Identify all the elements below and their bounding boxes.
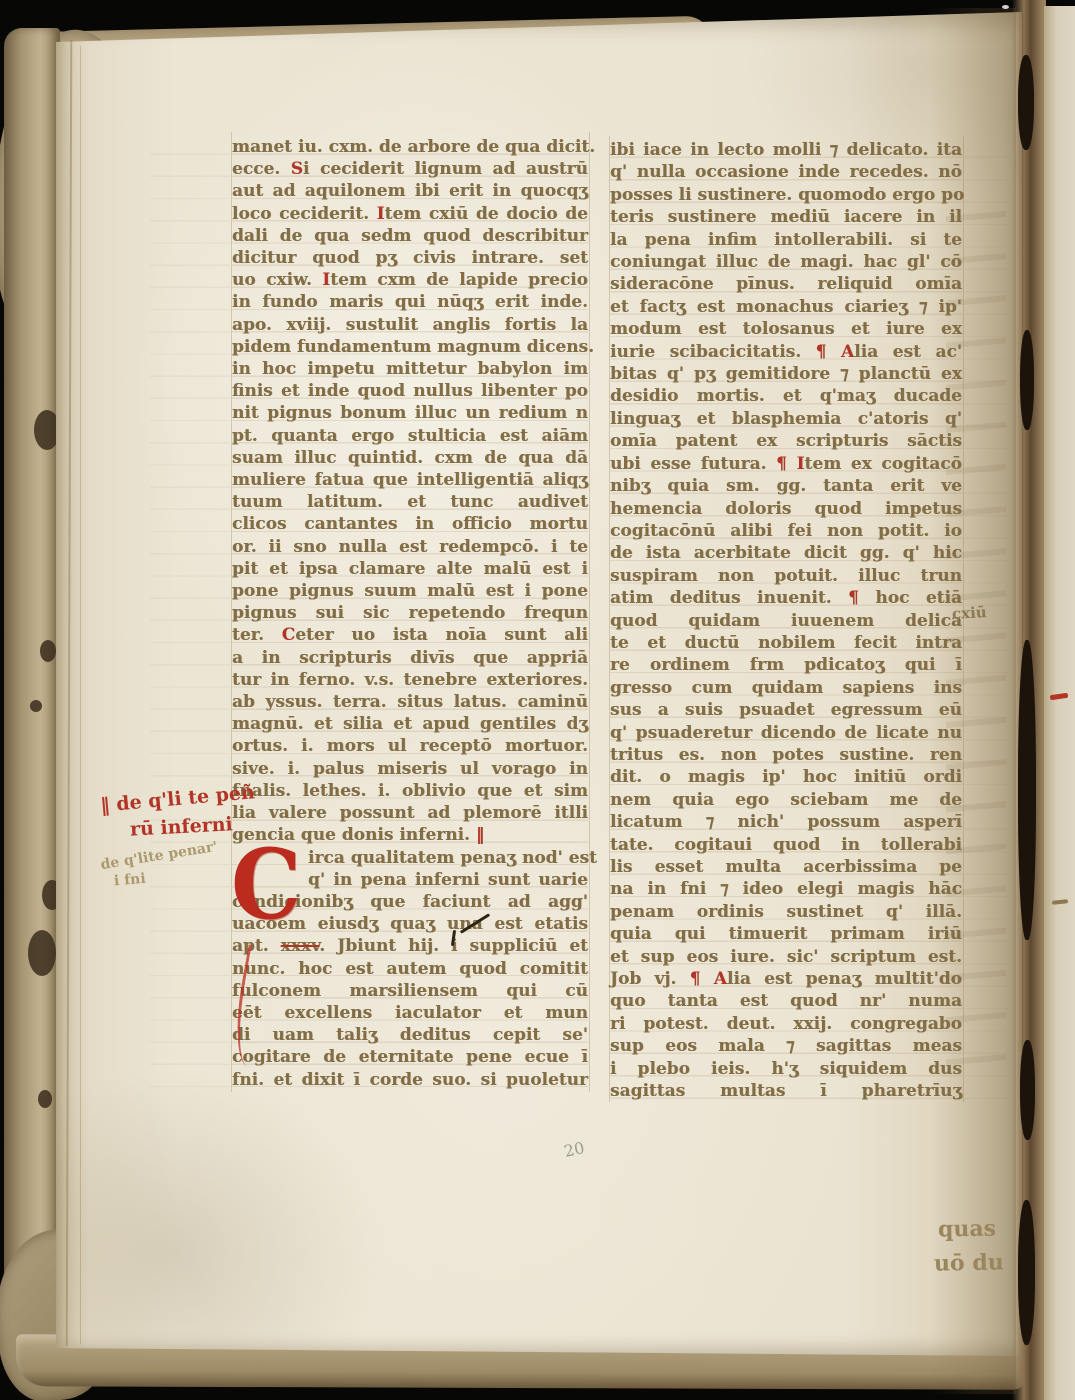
text-line: dali de qua sedm quod describitur — [232, 225, 588, 247]
text-line: tuum latitum. et tunc audivet — [232, 491, 588, 513]
text-line: lia valere possunt ad plemorē itlli — [232, 802, 588, 824]
wormhole-spot — [28, 930, 56, 976]
manuscript-photograph: manet iu. cxm. de arbore de qua dicit.ec… — [0, 0, 1075, 1400]
text-line: pidem fundamentum magnum dicens. — [232, 336, 588, 358]
text-line: linguaʒ et blasphemia c'atoris q' — [610, 408, 962, 430]
text-line: dicitur quod pʒ civis intrare. set — [232, 247, 588, 269]
text-line: sagittas multas ī pharetrīuʒ — [610, 1080, 962, 1102]
text-line: modum est tolosanus et iure ex — [610, 318, 962, 340]
text-line: in hoc impetu mittetur babylon im — [232, 358, 588, 380]
text-column-left: manet iu. cxm. de arbore de qua dicit.ec… — [232, 136, 588, 1091]
text-line: sus a suis psuadet egressum eū — [610, 699, 962, 721]
text-line: quod quidam iuuenem delica — [610, 610, 962, 632]
decorated-initial-C: C — [231, 846, 301, 924]
wormhole-spot — [40, 640, 56, 662]
ruling-lines-left-margin — [150, 136, 230, 1092]
text-line: atim deditus inuenit. ¶ hoc etiā — [610, 587, 962, 609]
text-line: suam illuc quintid. cxm de qua dā — [232, 447, 588, 469]
text-line: q' psuaderetur dicendo de licate nu — [610, 722, 962, 744]
text-line: et factʒ est monachus ciarieʒ ⁊ ip' — [610, 296, 962, 318]
text-line: gresso cum quidam sapiens ins — [610, 677, 962, 699]
text-line: re ordinem frm pdicatoʒ qui ī — [610, 654, 962, 676]
text-column-right: ibi iace in lecto molli ⁊ delicato. itaq… — [610, 139, 962, 1102]
text-line: sup eos mala ⁊ sagittas meas — [610, 1035, 962, 1057]
text-line: pt. quanta ergo stulticia est aiām — [232, 425, 588, 447]
text-line: loco ceciderit. Item cxiū de docio de — [232, 203, 588, 225]
text-line: muliere fatua que intelligentiā aliqʒ — [232, 469, 588, 491]
text-line: aut ad aquilonem ibi erit in quocqʒ — [232, 180, 588, 202]
text-line: tur in ferno. v.s. tenebre exteriores. — [232, 669, 588, 691]
text-line: fnalis. lethes. i. oblivio que et sim — [232, 780, 588, 802]
text-line: i plebo ieis. h'ʒ siquidem dus — [610, 1058, 962, 1080]
text-line: de ista acerbitate dicit gg. q' hic — [610, 542, 962, 564]
text-line: fulconem marsiliensem qui cū — [232, 980, 588, 1002]
text-line: bitas q' pʒ gemitidore ⁊ planctū ex — [610, 363, 962, 385]
text-line: hemencia doloris quod impetus — [610, 498, 962, 520]
text-line: manet iu. cxm. de arbore de qua dicit. — [232, 136, 588, 158]
text-line: ecce. Si ceciderit lignum ad austrū — [232, 158, 588, 180]
text-line: a in scripturis divīs que appriā — [232, 647, 588, 669]
gutter-damage-blob — [1018, 640, 1036, 940]
text-line: magnū. et silia et apud gentiles dʒ — [232, 713, 588, 735]
text-line: teris sustinere mediū iacere in il — [610, 206, 962, 228]
text-line: penam ordinis sustinet q' illā. — [610, 901, 962, 923]
text-line: ubi esse futura. ¶ Item ex cogitacō — [610, 453, 962, 475]
text-line: pignus sui sic repetendo frequn — [232, 602, 588, 624]
text-line: quo tanta est quod nr' numa — [610, 990, 962, 1012]
margin-note-right: cxiū — [952, 603, 988, 623]
text-line: quia qui timuerit primam iriū — [610, 923, 962, 945]
text-line: finis et inde quod nullus libenter po — [232, 380, 588, 402]
text-line: coniungat illuc de magi. hac gl' cō — [610, 251, 962, 273]
text-line: nibʒ quia sm. gg. tanta erit ve — [610, 475, 962, 497]
text-line: clicos cantantes in officio mortu — [232, 513, 588, 535]
gutter-damage-blob — [1020, 1040, 1035, 1140]
gutter-damage-blob — [1018, 1200, 1035, 1345]
text-line: cogitacōnū alibi fei non potit. io — [610, 520, 962, 542]
text-line: na in fni ⁊ ideo elegi magis hāc — [610, 878, 962, 900]
text-line: tate. cogitaui quod in tollerabi — [610, 834, 962, 856]
text-line: dit. o magis ip' hoc initiū ordi — [610, 766, 962, 788]
text-line: ortus. i. mors ul receptō mortuor. — [232, 735, 588, 757]
text-line: ibi iace in lecto molli ⁊ delicato. ita — [610, 139, 962, 161]
dust-speck — [1002, 5, 1009, 9]
margin-note-line2: i fni — [113, 871, 146, 890]
wormhole-spot — [38, 1090, 52, 1108]
text-line: cogitare de eternitate pene ecue ī — [232, 1046, 588, 1068]
gutter-note-line1: quas — [938, 1215, 996, 1242]
text-line: pit et ipsa clamare alte malū est i — [232, 558, 588, 580]
text-line: ab yssus. terra. situs latus. caminū — [232, 691, 588, 713]
text-line: te et ductū nobilem fecit intra — [610, 632, 962, 654]
text-line: sideracōne pīnus. reliquid omīa — [610, 273, 962, 295]
gutter-damage-blob — [1018, 55, 1034, 150]
page-stack-edge — [80, 46, 81, 1344]
text-line: pone pignus suum malū est i pone — [232, 580, 588, 602]
text-line: fni. et dixit ī corde suo. si puoletur — [232, 1069, 588, 1091]
text-line: uo cxiw. Item cxm de lapide precio — [232, 269, 588, 291]
text-line: lis esset multa acerbissima pe — [610, 856, 962, 878]
text-line: eēt excellens iaculator et mun — [232, 1002, 588, 1024]
text-line: posses li sustinere. quomodo ergo po — [610, 184, 962, 206]
text-line: sive. i. palus miseris ul vorago in — [232, 758, 588, 780]
text-line: ri potest. deut. xxij. congregabo — [610, 1013, 962, 1035]
text-line: nit pignus bonum illuc un redium n — [232, 402, 588, 424]
text-line: q' nulla occasione inde recedes. nō — [610, 161, 962, 183]
gutter-damage-blob — [1020, 330, 1034, 430]
text-line: or. ii sno nulla est redempcō. i te — [232, 536, 588, 558]
text-line: omīa patent ex scripturis sāctis — [610, 430, 962, 452]
text-line: Job vj. ¶ Alia est penaʒ multit'do — [610, 968, 962, 990]
text-line: nunc. hoc est autem quod comitit — [232, 958, 588, 980]
text-line: ter. Ceter uo ista noīa sunt ali — [232, 624, 588, 646]
text-line: apo. xviij. sustulit anglis fortis la — [232, 314, 588, 336]
text-line: suspiram non potuit. illuc trun — [610, 565, 962, 587]
text-line: di uam taliʒ deditus cepit se' — [232, 1024, 588, 1046]
text-line: licatum ⁊ nich' possum asperī — [610, 811, 962, 833]
wormhole-spot — [30, 700, 42, 712]
gutter-note-line2: uō du — [934, 1249, 1004, 1276]
text-line: tritus es. non potes sustine. ren — [610, 744, 962, 766]
text-line: in fundo maris qui nūqʒ erit inde. — [232, 291, 588, 313]
text-line: desidio mortis. et q'maʒ ducade — [610, 385, 962, 407]
facing-page-edge — [1044, 6, 1075, 1400]
text-line: la pena infim intollerabili. si te — [610, 229, 962, 251]
text-line: nem quia ego sciebam me de — [610, 789, 962, 811]
text-line: iurie scibacicitatis. ¶ Alia est ac' — [610, 341, 962, 363]
frame-line — [589, 132, 590, 1092]
text-line: et sup eos iure. sic' scriptum est. — [610, 946, 962, 968]
